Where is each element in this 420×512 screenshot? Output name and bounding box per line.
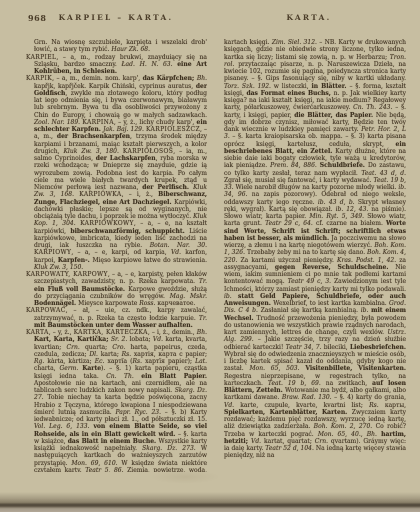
entry-karpik: KARPIK, – a, m., demin. nom. karp', das …	[34, 75, 207, 271]
text-run: , – a, – e, karpi, od karpia,	[71, 249, 171, 256]
text-run: na zwitkach,	[326, 380, 372, 387]
german-gloss: das Blatt in einem Buche.	[68, 438, 159, 445]
citation: Dl.	[89, 351, 100, 358]
german-gloss: Spielkarten, Kartenblätter, Karten.	[224, 409, 352, 416]
headword: KARPIÓWKOWY	[80, 220, 134, 227]
citation: Mon. 65, 503.	[249, 365, 305, 372]
running-title-right: KARTA.	[214, 13, 404, 22]
citation: Boh. Kom. 2, 270.	[314, 423, 376, 430]
text-run: хартія, карта с papier;	[134, 351, 207, 358]
citation: Bh.	[197, 329, 207, 336]
text-columns: Grn. Na wiosnę szczubiele, karpięta i ws…	[26, 39, 406, 472]
citation: Tr.	[199, 278, 207, 285]
headword: KARPIOLESZCZ	[146, 126, 200, 133]
citation: Braw. Rad. 130.	[282, 394, 334, 401]
text-run: карчеватое.	[157, 300, 195, 307]
german-gloss: in Blätter.	[311, 83, 349, 90]
text-run: , – y, ż., lichy chudy karp',	[114, 119, 197, 126]
german-gloss: Visitenbillete, Visitenkarten.	[305, 365, 406, 372]
citation: Teat. 19 b, 69.	[268, 380, 326, 387]
citation: Lat.	[195, 358, 207, 365]
citation: Torz. Szk. 192.	[224, 83, 274, 90]
citation: Ec.	[95, 358, 108, 365]
citation: Cn. Th.	[106, 373, 141, 380]
text-run: karte, czupule, kvarte, kvartni list;	[240, 402, 369, 409]
german-gloss: Liebesbriefchen.	[350, 344, 406, 351]
german-gloss: die Blätter, das Papier.	[294, 112, 376, 119]
citation: Bh.	[197, 75, 207, 82]
german-gloss: Schuldbriefe.	[320, 162, 368, 169]
text-run: Wiele narobił długów na karty pozorne mł…	[236, 184, 399, 191]
citation: ib. 43 d, b.	[318, 199, 358, 206]
text-run: хартïя papier);	[145, 358, 195, 365]
german-gloss: Karte	[82, 365, 101, 372]
german-gloss: Karpfen-.	[58, 257, 93, 264]
german-gloss: gegen Reverse, Schuldscheine.	[275, 264, 395, 271]
citation: Germ.	[59, 365, 82, 372]
citation: Zim. Siel. 312.	[272, 39, 319, 46]
entry-continuation: Grn. Na wiosnę szczubiele, karpięta i ws…	[34, 39, 207, 54]
text-run: kartat, quartat;	[264, 438, 315, 445]
text-run: , – a, m., demin. nom. karp',	[52, 75, 143, 82]
citation: ib. 12, 43.	[336, 206, 372, 213]
text-run: Wexelbrief, to iest kartka kambialna.	[273, 300, 389, 307]
citation: Crn.	[315, 438, 331, 445]
citation: Skarg. Dz. 273.	[142, 445, 201, 452]
text-run: karta;	[101, 351, 122, 358]
citation: Mon. 69, 610.	[71, 460, 121, 467]
entry-karta-continuation: kartach księgi. Zim. Siel. 312. – NB. Ka…	[224, 39, 406, 460]
citation: ib.	[224, 293, 238, 300]
text-run: хартïа (	[107, 358, 132, 365]
citation: Rs.	[369, 402, 385, 409]
text-run: – §. 4) karty do grania,	[334, 394, 406, 401]
german-gloss: ein Fluß voll Baumstöcke.	[34, 286, 128, 293]
citation: Vol. Leg. 6, 133.	[34, 423, 93, 430]
german-gloss: der Lachskarpfen	[96, 155, 156, 162]
citation: Mon. 65, 40., Bh.	[318, 431, 381, 438]
headword: KARPIK	[26, 75, 52, 82]
scanned-dictionary-page: { "document": { "kind": "old dictionary …	[0, 0, 420, 512]
headword: KARPINA	[82, 119, 114, 126]
text-run: kàrta, kàrtiza;	[47, 358, 94, 365]
citation: Teatr 52 d, 104.	[265, 445, 316, 452]
citation: Ład. H. N. 63.	[122, 61, 178, 68]
citation: Rs.	[122, 351, 134, 358]
citation: Zool. Nar. 189.	[34, 119, 82, 126]
text-run: przytaczaiąc pisarze, n. p. Naruszewicza…	[224, 61, 406, 83]
citation: Kluk Zw. 3, 180.	[63, 148, 122, 155]
citation: Cro.	[112, 344, 130, 351]
text-run: bileciki,	[324, 344, 350, 351]
citation: Teat. 43 d, d.	[361, 170, 406, 177]
german-gloss: ein Blatt Papier.	[141, 373, 207, 380]
paper-stain	[150, 470, 220, 484]
citation: Vd.	[153, 336, 165, 343]
citation: Haur Zk. 68.	[111, 46, 150, 53]
entry-karta: KARTA, – y, ż., KARTKA, KARTECZKA, – i, …	[34, 329, 207, 472]
citation: Rg.	[34, 358, 47, 365]
citation: Rs.	[133, 358, 146, 365]
text-run: w listeczki,	[274, 83, 312, 90]
german-gloss: das Format eines Buchs,	[246, 90, 333, 97]
german-gloss: der Perlfisch.	[142, 184, 193, 191]
german-gloss: Kart, Karta, Kartička;	[34, 336, 111, 343]
text-run: карты,	[385, 402, 406, 409]
citation: Kras. Podst. 1, 42.	[337, 257, 399, 264]
headword: KARPIOŁOSOŚ	[123, 148, 173, 155]
book-bottom-edge	[0, 492, 420, 512]
headword: KARPOWAĆ	[26, 307, 66, 314]
headword: KARPIOWY	[34, 249, 71, 256]
citation: Cn. Th. 243.	[353, 104, 395, 111]
citation: Crn.	[67, 344, 85, 351]
entry-karpiel: KARPIEL, – a, m., rodzay brukwi, znaydui…	[34, 54, 207, 76]
citation: Botan. Nar. 30.	[150, 242, 207, 249]
headword: KARPIÓWKA	[79, 191, 121, 198]
text-run: Trzebaby żeby mi na to kartę się dano.	[247, 249, 367, 256]
german-gloss: Bodennägel.	[34, 300, 78, 307]
citation: Teatr 5, 86.	[85, 467, 127, 472]
text-run: kapřjk, kapřjček. Karpik Chiński, cyprin…	[34, 83, 196, 90]
text-run: , – i, ż.,	[122, 191, 159, 198]
text-run: , – i, ż., demin.,	[148, 329, 197, 336]
citation: Kluk Zw. 3, 150.	[34, 264, 83, 271]
citation: Sr. 2.	[111, 336, 130, 343]
running-title-left: KARPIEL – KARTA.	[26, 13, 206, 22]
entry-karpowac: KARPOWAĆ, – ał, – uie, cz. ndk., karpy z…	[34, 307, 207, 329]
headword: KARTA	[26, 329, 49, 336]
text-run: Za kartami użyczał pieniędzy.	[240, 257, 336, 264]
text-run: Zgrał się, musiał się fantować, i karty …	[224, 177, 373, 184]
text-run: Mieysce karpowate	[78, 300, 139, 307]
headword: KARPOWATY, KARPOWY	[26, 271, 108, 278]
text-run: quarta;	[85, 344, 112, 351]
citation: Min. Ryt. 5, 349.	[309, 213, 367, 220]
headword: KARPIEL	[26, 54, 56, 61]
citation: Prem. 84, 886.	[270, 162, 320, 169]
citation: Teatr 49 c, 3.	[288, 278, 334, 285]
citation: Vd.	[251, 438, 264, 445]
text-run: – §. karta kraiopisarska ob. mappa. – §.…	[224, 133, 406, 147]
text-run: charta,	[34, 365, 59, 372]
german-gloss: mit Baumstöcken unter dem Wasser aufhalt…	[34, 322, 193, 329]
column-left: Grn. Na wiosnę szczubiele, karpięta i ws…	[26, 39, 207, 472]
citation: Teatr 29 c, 64.	[265, 220, 316, 227]
citation: Jak. Baj. 129.	[103, 126, 146, 133]
citation: Vd.	[224, 402, 240, 409]
text-run: , – y, ż.,	[49, 329, 74, 336]
german-gloss: biberschwanzförmig, schuppicht.	[70, 228, 189, 235]
citation: ib.	[361, 307, 371, 314]
citation: Mag. Mskr.	[170, 293, 207, 300]
citation: Tr.	[199, 315, 207, 322]
citation: Papr. Ryc. 23.	[116, 409, 165, 416]
text-run: kartach księgi.	[224, 39, 272, 46]
german-gloss: der Brachsenkarpfen	[57, 133, 130, 140]
entry-karpowaty: KARPOWATY, KARPOWY, – a, – e, karpisty, …	[34, 271, 207, 307]
text-run: cf. czarne na białem.	[316, 220, 386, 227]
citation: Vd.	[171, 249, 185, 256]
text-run: Mięso karpiowe łatwe do strawienia.	[92, 257, 207, 264]
german-gloss: das Kärpfchen;	[143, 75, 197, 82]
citation: Teatr 34, 7.	[286, 344, 324, 351]
column-right: kartach księgi. Zim. Siel. 312. – NB. Ka…	[216, 39, 406, 472]
text-run: lobata;	[130, 336, 153, 343]
page-scan: 968 KARPIEL – KARTA. KARTA. Grn. Na wios…	[0, 0, 420, 512]
headword: KARTKA, KARTECZKA	[74, 329, 148, 336]
text-run: Zasłaniał się kartką kambialną.	[261, 307, 361, 314]
citation: Ross.	[139, 300, 157, 307]
